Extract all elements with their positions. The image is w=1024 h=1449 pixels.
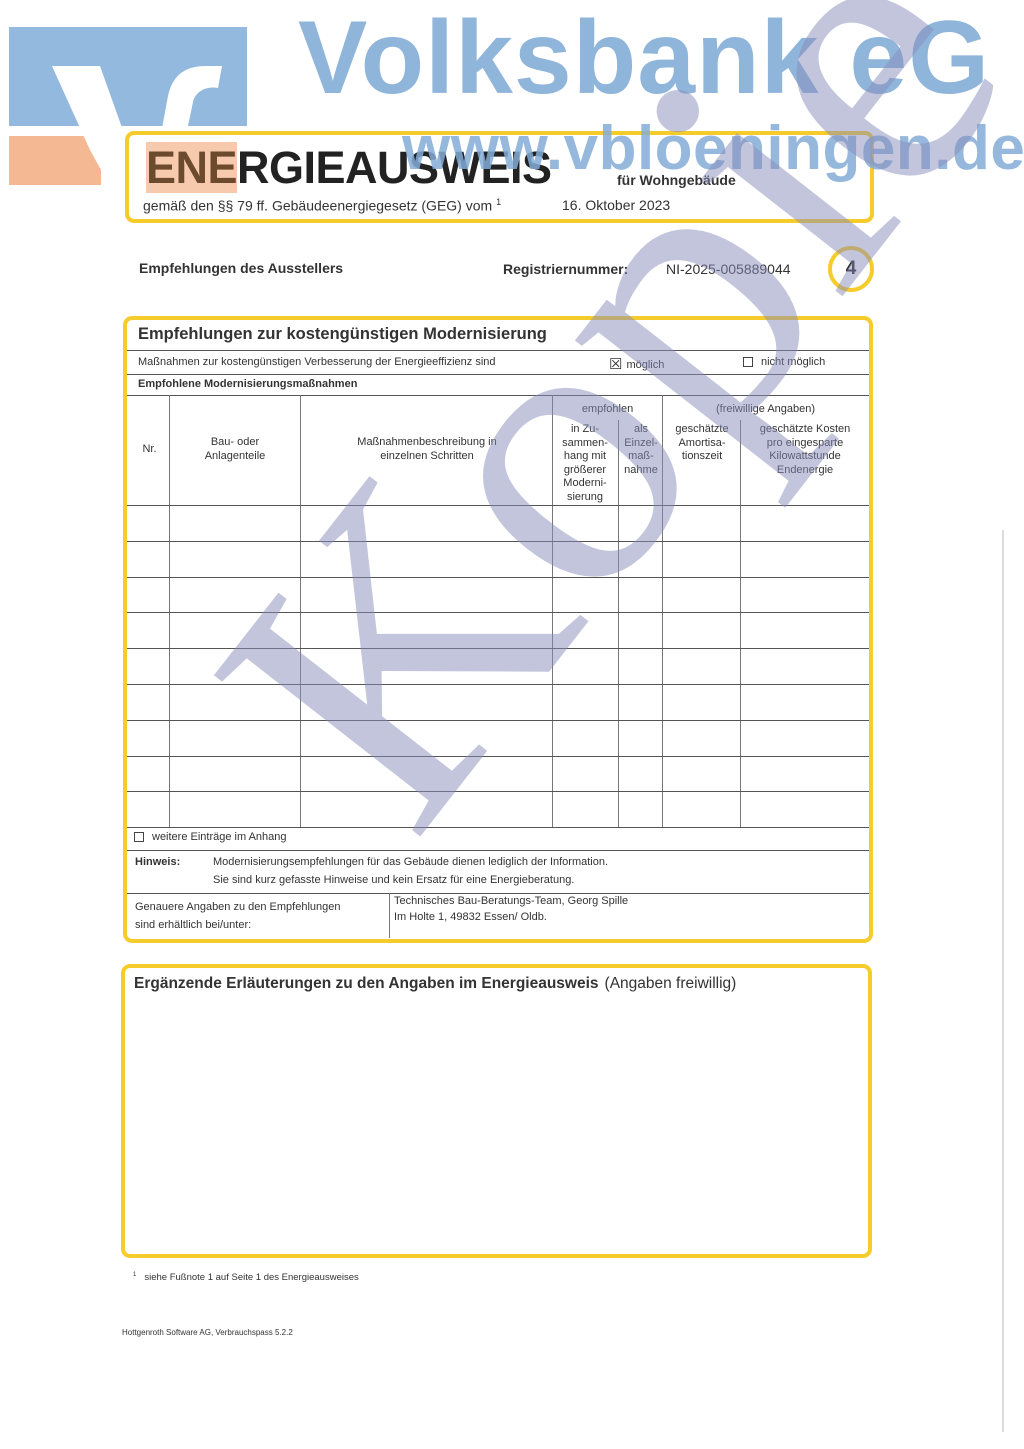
details-label-line-1: Genauere Angaben zu den Empfehlungen	[135, 901, 341, 913]
table-row	[127, 720, 869, 756]
divider	[127, 374, 869, 375]
divider	[127, 395, 869, 396]
divider	[127, 893, 869, 894]
explanations-title-text: Ergänzende Erläuterungen zu den Angaben …	[134, 975, 599, 992]
table-row	[127, 612, 869, 648]
table-row	[127, 505, 869, 541]
table-row-line	[127, 827, 869, 828]
bank-url-watermark: www.vbloeningen.de	[402, 118, 1024, 180]
column-header-nr: Nr.	[130, 443, 169, 457]
law-text: gemäß den §§ 79 ff. Gebäudeenergiegesetz…	[143, 198, 492, 214]
more-entries-option[interactable]: weitere Einträge im Anhang	[134, 831, 287, 843]
law-reference: gemäß den §§ 79 ff. Gebäudeenergiegesetz…	[143, 197, 501, 214]
bank-name-watermark: Volksbank eG	[298, 6, 990, 110]
scan-edge-line	[1002, 530, 1004, 1432]
column-group-recommended: empfohlen	[553, 403, 662, 417]
table-row	[127, 791, 869, 827]
column-header-component: Bau- oderAnlagenteile	[175, 436, 295, 463]
option-possible-label: möglich	[626, 359, 664, 371]
section-label: Empfehlungen des Ausstellers	[139, 260, 343, 276]
table-row	[127, 648, 869, 684]
registration-number: NI-2025-005889044	[666, 261, 791, 277]
explanations-title: Ergänzende Erläuterungen zu den Angaben …	[134, 975, 736, 993]
modernization-title: Empfehlungen zur kostengünstigen Moderni…	[138, 325, 547, 344]
table-title: Empfohlene Modernisierungsmaßnahmen	[138, 378, 357, 390]
divider	[127, 350, 869, 351]
law-date: 16. Oktober 2023	[562, 197, 670, 213]
footnote-mark: 1	[496, 197, 501, 207]
column-header-single: alsEinzel-maß-nahme	[620, 423, 662, 477]
title-highlight: ENE	[146, 142, 237, 193]
details-label-line-2: sind erhältlich bei/unter:	[135, 919, 251, 931]
option-not-possible[interactable]: nicht möglich	[743, 356, 825, 368]
table-row	[127, 577, 869, 613]
unchecked-box-icon[interactable]	[743, 357, 753, 367]
explanations-content	[130, 1000, 862, 1248]
option-possible[interactable]: ☒möglich	[609, 355, 664, 373]
footnote: 1siehe Fußnote 1 auf Seite 1 des Energie…	[133, 1272, 359, 1283]
contact-address: Im Holte 1, 49832 Essen/ Oldb.	[394, 911, 547, 923]
column-header-description: Maßnahmenbeschreibung ineinzelnen Schrit…	[345, 436, 509, 463]
note-line-2: Sie sind kurz gefasste Hinweise und kein…	[213, 874, 574, 886]
column-header-cost: geschätzte Kostenpro eingesparteKilowatt…	[753, 423, 857, 477]
page-number-badge: 4	[828, 246, 874, 292]
measures-statement: Maßnahmen zur kostengünstigen Verbesseru…	[138, 356, 496, 368]
table-row	[127, 684, 869, 720]
footnote-text: siehe Fußnote 1 auf Seite 1 des Energiea…	[144, 1272, 358, 1283]
column-header-payback: geschätzteAmortisa-tionszeit	[668, 423, 736, 464]
column-group-optional: (freiwillige Angaben)	[663, 403, 868, 417]
table-row	[127, 541, 869, 577]
contact-name: Technisches Bau-Beratungs-Team, Georg Sp…	[394, 895, 628, 907]
registration-label: Registriernummer:	[503, 261, 628, 277]
software-credit: Hottgenroth Software AG, Verbrauchspass …	[122, 1328, 293, 1337]
explanations-optional-note: (Angaben freiwillig)	[605, 975, 737, 992]
divider	[127, 850, 869, 851]
note-label: Hinweis:	[135, 856, 180, 868]
table-row	[127, 756, 869, 792]
checked-box-icon[interactable]: ☒	[609, 356, 622, 373]
column-header-combined: in Zu-sammen-hang mitgrößererModerni-sie…	[556, 423, 614, 504]
contact-divider	[389, 893, 390, 938]
note-line-1: Modernisierungsempfehlungen für das Gebä…	[213, 856, 608, 868]
option-not-possible-label: nicht möglich	[761, 356, 825, 368]
unchecked-box-icon[interactable]	[134, 832, 144, 842]
more-entries-label: weitere Einträge im Anhang	[152, 831, 287, 843]
footnote-mark: 1	[133, 1272, 136, 1278]
